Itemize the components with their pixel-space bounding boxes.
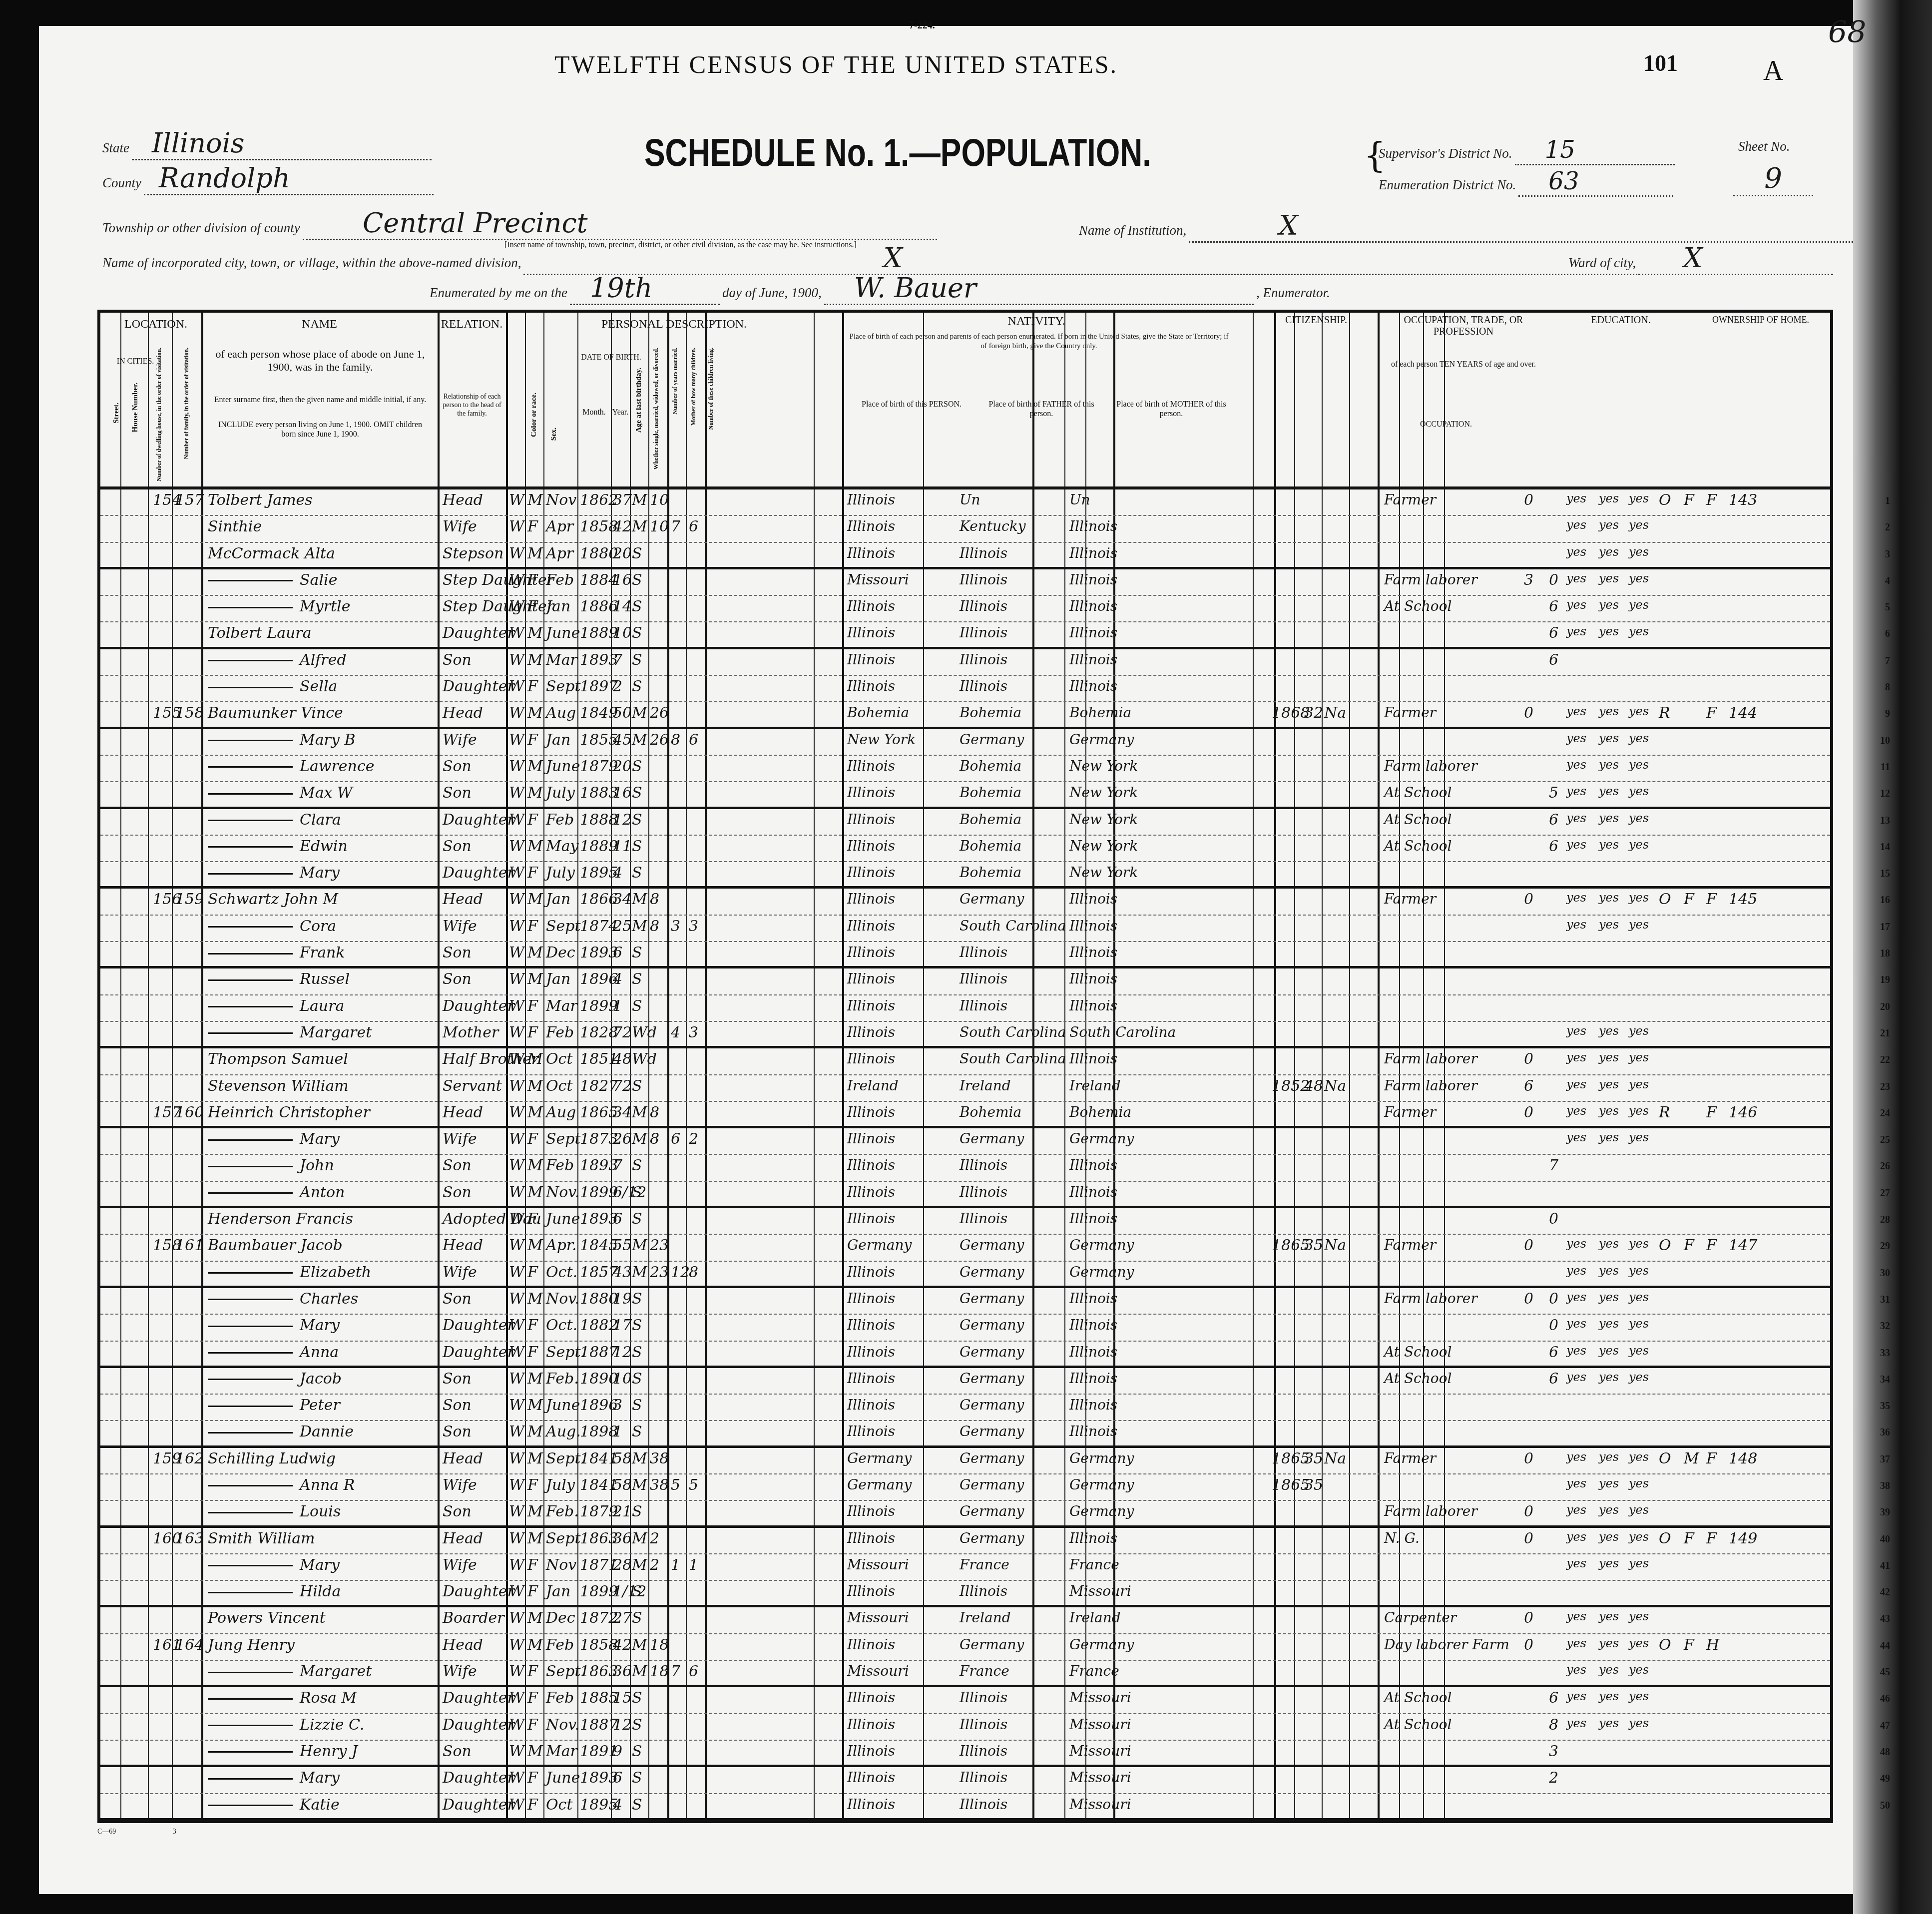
age: 10 — [613, 624, 632, 642]
birthplace-mother: Illinois — [1069, 891, 1117, 907]
age: 48 — [613, 1050, 632, 1068]
years-married: 23 — [650, 1264, 669, 1281]
header-name: NAME — [201, 318, 438, 331]
can-speak-english: yes — [1629, 1344, 1649, 1358]
birthplace-father: Illinois — [960, 598, 1007, 614]
marital-status: S — [632, 1503, 642, 1520]
line-number: 49 — [1880, 1773, 1890, 1785]
census-title: TWELFTH CENSUS OF THE UNITED STATES. — [554, 50, 1118, 79]
birth-month: Sept — [546, 678, 581, 695]
color: W — [509, 1157, 524, 1174]
color: W — [509, 704, 524, 722]
line-number: 45 — [1880, 1667, 1890, 1678]
relation: Head — [443, 891, 483, 908]
mother-of: 4 — [671, 1024, 680, 1041]
birthplace-mother: Illinois — [1069, 1184, 1117, 1200]
table-row: Stevenson WilliamServantWMOct182772SIrel… — [100, 1075, 1830, 1102]
birthplace-father: Germany — [960, 1264, 1024, 1280]
years-married: 8 — [650, 1130, 659, 1148]
table-row: SalieStep DaughterWFFeb188416SMissouriIl… — [100, 569, 1830, 596]
color: W — [509, 1423, 524, 1440]
person-name: Sella — [208, 678, 337, 695]
line-number: 13 — [1880, 815, 1890, 827]
ditto-dash — [208, 1139, 293, 1141]
birth-year: 1882 — [580, 1317, 618, 1334]
age: 11 — [613, 838, 632, 855]
birthplace-father: Bohemia — [960, 784, 1021, 801]
relation: Son — [443, 1503, 472, 1520]
sex: M — [527, 1450, 543, 1467]
can-speak-english: yes — [1629, 1476, 1649, 1490]
birthplace-mother: Germany — [1069, 1503, 1134, 1519]
owned-rented: O — [1659, 891, 1671, 908]
line-number: 41 — [1880, 1560, 1890, 1572]
birthplace-mother: Illinois — [1069, 1157, 1117, 1173]
children-living: 3 — [689, 918, 698, 935]
months-unemployed: 0 — [1524, 1450, 1533, 1467]
birthplace-person: Illinois — [847, 1104, 895, 1120]
can-write: yes — [1599, 1556, 1619, 1570]
can-speak-english: yes — [1629, 1024, 1649, 1038]
birthplace-person: Illinois — [847, 997, 895, 1014]
school-months: 3 — [1549, 1743, 1558, 1760]
birth-month: June — [546, 1397, 580, 1414]
line-number: 28 — [1880, 1214, 1890, 1226]
person-name: Mary — [208, 1130, 340, 1148]
can-read: yes — [1566, 1370, 1586, 1384]
sex: F — [527, 1663, 538, 1680]
birth-month: Feb — [546, 1636, 574, 1654]
years-married: 23 — [650, 1237, 669, 1254]
sex: M — [527, 1237, 543, 1254]
marital-status: S — [632, 1344, 642, 1361]
age: 42 — [613, 1636, 632, 1654]
person-name: Sinthie — [208, 518, 262, 535]
can-write: yes — [1599, 838, 1619, 852]
birthplace-person: Illinois — [847, 1743, 895, 1759]
sex: M — [527, 1636, 543, 1654]
birth-month: Feb — [546, 1689, 574, 1707]
color: W — [509, 518, 524, 535]
months-unemployed: 6 — [1524, 1077, 1533, 1095]
birth-month: Jan — [546, 731, 570, 749]
years-in-us: 32 — [1304, 704, 1323, 722]
farm-schedule-number: 144 — [1729, 704, 1757, 722]
birthplace-person: Illinois — [847, 1130, 895, 1147]
line-number: 38 — [1880, 1480, 1890, 1492]
table-row: ElizabethWifeWFOct.185743M23128IllinoisG… — [100, 1262, 1830, 1288]
birthplace-mother: Illinois — [1069, 571, 1117, 588]
can-speak-english: yes — [1629, 1077, 1649, 1091]
birthplace-person: Illinois — [847, 1583, 895, 1599]
naturalization: Na — [1324, 1077, 1346, 1095]
birthplace-mother: Illinois — [1069, 1290, 1117, 1307]
can-write: yes — [1599, 811, 1619, 825]
birthplace-mother: Illinois — [1069, 678, 1117, 694]
age: 26 — [613, 1130, 632, 1148]
person-name: Mary — [208, 1556, 340, 1574]
birthplace-father: Germany — [960, 1290, 1024, 1307]
can-speak-english: yes — [1629, 758, 1649, 772]
line-number: 39 — [1880, 1507, 1890, 1518]
birthplace-father: Germany — [960, 1423, 1024, 1439]
enumeration-district: 63 — [1518, 167, 1673, 197]
birthplace-person: Illinois — [847, 811, 895, 828]
birth-year: 1862 — [580, 491, 618, 509]
children-living: 6 — [689, 1663, 698, 1680]
birth-month: Jan — [546, 1583, 570, 1600]
birthplace-person: Illinois — [847, 678, 895, 694]
footer-code: C—69 3 — [97, 1828, 176, 1836]
birth-year: 1890 — [580, 1370, 618, 1388]
header-location: LOCATION. — [110, 318, 201, 331]
birthplace-person: Illinois — [847, 518, 895, 534]
table-row: RusselSonWMJan18964SIllinoisIllinoisIlli… — [100, 968, 1830, 995]
owned-rented: O — [1659, 491, 1671, 509]
birthplace-mother: Missouri — [1069, 1796, 1131, 1813]
sex: F — [527, 1317, 538, 1334]
can-read: yes — [1566, 811, 1586, 825]
person-name: Baumbauer Jacob — [208, 1237, 343, 1254]
free-mortgaged: F — [1684, 1237, 1694, 1254]
birth-year: 1893 — [580, 1157, 618, 1174]
table-row: 155158Baumunker VinceHeadWMAug184950M26B… — [100, 702, 1830, 729]
sex: M — [527, 944, 543, 961]
birth-year: 1884 — [580, 571, 618, 589]
township-label: Township or other division of county — [102, 220, 300, 235]
marital-status: S — [632, 1796, 642, 1814]
occupation: Farm laborer — [1384, 1077, 1477, 1094]
marital-status: S — [632, 864, 642, 882]
school-months: 6 — [1549, 598, 1558, 615]
sex: F — [527, 1210, 538, 1228]
ditto-dash — [208, 1006, 293, 1007]
sex: F — [527, 518, 538, 535]
can-write: yes — [1599, 1503, 1619, 1517]
person-name: Charles — [208, 1290, 358, 1308]
line-number: 24 — [1880, 1108, 1890, 1119]
sex: F — [527, 1556, 538, 1574]
can-speak-english: yes — [1629, 1317, 1649, 1331]
age: 58 — [613, 1476, 632, 1494]
occupation: Farmer — [1384, 1237, 1436, 1253]
occupation: At School — [1384, 1344, 1451, 1360]
birth-year: 1851 — [580, 1050, 618, 1068]
farm-house: F — [1706, 891, 1717, 908]
birth-month: June — [546, 1769, 580, 1787]
occupation: Farm laborer — [1384, 758, 1477, 774]
birth-month: Apr — [546, 545, 573, 562]
sex: M — [527, 970, 543, 988]
sex: M — [527, 1423, 543, 1440]
can-write: yes — [1599, 1077, 1619, 1091]
birth-month: Feb — [546, 811, 574, 829]
color: W — [509, 1050, 524, 1068]
birthplace-father: Un — [960, 491, 980, 508]
marital-status: M — [632, 1264, 647, 1281]
can-speak-english: yes — [1629, 1104, 1649, 1118]
line-number: 21 — [1880, 1028, 1890, 1039]
months-unemployed: 0 — [1524, 1609, 1533, 1627]
marital-status: S — [632, 1077, 642, 1095]
naturalization: Na — [1324, 1450, 1346, 1467]
birthplace-mother: Bohemia — [1069, 704, 1131, 721]
marital-status: Wd — [632, 1024, 657, 1041]
color: W — [509, 491, 524, 509]
birthplace-person: Illinois — [847, 1157, 895, 1173]
ward-label: Ward of city, — [1568, 255, 1636, 270]
ditto-dash — [208, 1032, 293, 1034]
can-write: yes — [1599, 1370, 1619, 1384]
enumerated-line: Enumerated by me on the 19th day of June… — [430, 272, 1330, 305]
marital-status: S — [632, 1716, 642, 1734]
occupation: Carpenter — [1384, 1609, 1456, 1626]
birthplace-person: Illinois — [847, 1184, 895, 1200]
table-row: DannieSonWMAug.18981SIllinoisGermanyIlli… — [100, 1421, 1830, 1447]
line-number: 17 — [1880, 922, 1890, 933]
school-months: 8 — [1549, 1716, 1558, 1734]
marital-status: M — [632, 1530, 647, 1547]
can-speak-english: yes — [1629, 1130, 1649, 1144]
table-row: Rosa MDaughterWFFeb188515SIllinoisIllino… — [100, 1687, 1830, 1714]
can-read: yes — [1566, 1344, 1586, 1358]
years-married: 2 — [650, 1556, 659, 1574]
birthplace-mother: Illinois — [1069, 598, 1117, 614]
name-description: of each person whose place of abode on J… — [210, 348, 430, 374]
birthplace-father: Illinois — [960, 571, 1007, 588]
birth-year: 1873 — [580, 1130, 618, 1148]
birth-month: Nov. — [546, 1290, 579, 1308]
person-name: Powers Vincent — [208, 1609, 326, 1627]
birth-month: Feb — [546, 1157, 574, 1174]
supervisor-label: Supervisor's District No. — [1379, 146, 1512, 161]
age: 34 — [613, 891, 632, 908]
age: 2 — [613, 678, 622, 695]
birthplace-father: Germany — [960, 1237, 1024, 1253]
marital-status: M — [632, 491, 647, 509]
months-unemployed: 0 — [1524, 1050, 1533, 1068]
birthplace-person: Germany — [847, 1450, 912, 1466]
color: W — [509, 864, 524, 882]
birthplace-mother: Germany — [1069, 1450, 1134, 1466]
color: W — [509, 997, 524, 1015]
relation-description: Relationship of each person to the head … — [440, 393, 504, 418]
birth-month: Sept — [546, 1530, 581, 1547]
can-write: yes — [1599, 1530, 1619, 1544]
color: W — [509, 1609, 524, 1627]
can-speak-english: yes — [1629, 1290, 1649, 1304]
children-living: 1 — [689, 1556, 698, 1574]
table-row: AnnaDaughterWFSept.188712SIllinoisGerman… — [100, 1342, 1830, 1368]
marital-status: M — [632, 1476, 647, 1494]
birthplace-father: South Carolina — [960, 1024, 1066, 1040]
person-name: Edwin — [208, 838, 348, 855]
col-children-living: Number of these children living. — [707, 348, 715, 430]
birthplace-mother: Illinois — [1069, 1050, 1117, 1067]
birthplace-person: Illinois — [847, 838, 895, 854]
age: 72 — [613, 1024, 632, 1041]
relation: Head — [443, 1450, 483, 1467]
table-row: 158161Baumbauer JacobHeadWMApr.184555M23… — [100, 1235, 1830, 1261]
sex: F — [527, 1476, 538, 1494]
age: 7 — [613, 1157, 622, 1174]
can-write: yes — [1599, 918, 1619, 932]
mother-of: 1 — [671, 1556, 680, 1574]
table-row: SinthieWifeWFApr185842M1076IllinoisKentu… — [100, 516, 1830, 542]
relation: Head — [443, 704, 483, 722]
birth-year: 1858 — [580, 1636, 618, 1654]
line-number: 43 — [1880, 1613, 1890, 1625]
person-name: Max W — [208, 784, 353, 802]
header-in-cities: IN CITIES. — [115, 357, 155, 366]
can-read: yes — [1566, 1050, 1586, 1064]
person-name: Katie — [208, 1796, 340, 1814]
relation: Daughter — [443, 997, 514, 1015]
can-speak-english: yes — [1629, 1530, 1649, 1544]
sex: M — [527, 704, 543, 722]
birth-year: 1879 — [580, 758, 618, 775]
can-read: yes — [1566, 518, 1586, 532]
birth-month: Aug — [546, 704, 576, 722]
years-in-us: 48 — [1304, 1077, 1323, 1095]
occupation: Farm laborer — [1384, 1503, 1477, 1519]
table-row: LawrenceSonWMJune187920SIllinoisBohemiaN… — [100, 756, 1830, 782]
owned-rented: O — [1659, 1450, 1671, 1467]
table-row: MaryDaughterWFJuly18954SIllinoisBohemiaN… — [100, 862, 1830, 889]
relation: Wife — [443, 1476, 477, 1494]
age: 36 — [613, 1530, 632, 1547]
occupation: At School — [1384, 784, 1451, 801]
can-read: yes — [1566, 1556, 1586, 1570]
marital-status: S — [632, 784, 642, 802]
col-mother-of: Mother of how many children. — [690, 348, 697, 426]
person-name: Heinrich Christopher — [208, 1104, 370, 1121]
color: W — [509, 1184, 524, 1201]
relation: Wife — [443, 1264, 477, 1281]
person-name: Dannie — [208, 1423, 354, 1440]
sex: F — [527, 1689, 538, 1707]
sex: M — [527, 1503, 543, 1520]
can-write: yes — [1599, 1636, 1619, 1650]
county-field: County Randolph — [102, 162, 434, 195]
school-months: 6 — [1549, 624, 1558, 642]
color: W — [509, 1264, 524, 1281]
line-number: 4 — [1885, 575, 1890, 587]
occupation: N. G. — [1384, 1530, 1420, 1546]
age: 16 — [613, 571, 632, 589]
birthplace-mother: Illinois — [1069, 624, 1117, 641]
naturalization: Na — [1324, 704, 1346, 722]
birth-year: 1880 — [580, 1290, 618, 1308]
birthplace-person: Missouri — [847, 571, 909, 588]
birth-month: Feb — [546, 571, 574, 589]
months-unemployed: 0 — [1524, 1290, 1533, 1308]
color: W — [509, 1583, 524, 1600]
years-in-us: 35 — [1304, 1476, 1323, 1494]
birth-month: Nov. — [546, 1184, 579, 1201]
occupation: At School — [1384, 811, 1451, 828]
years-married: 38 — [650, 1450, 669, 1467]
table-row: CharlesSonWMNov.188019SIllinoisGermanyIl… — [100, 1288, 1830, 1315]
supervisor-district: 15 — [1515, 136, 1675, 165]
person-name: Schwartz John M — [208, 891, 338, 908]
birthplace-father: Bohemia — [960, 811, 1021, 828]
years-married: 18 — [650, 1636, 669, 1654]
can-read: yes — [1566, 624, 1586, 638]
line-number: 3 — [1885, 549, 1890, 560]
person-name: Mary — [208, 1317, 340, 1334]
free-mortgaged: F — [1684, 1530, 1694, 1547]
sex: M — [527, 624, 543, 642]
birthplace-mother: Illinois — [1069, 1317, 1117, 1333]
children-living: 6 — [689, 731, 698, 749]
birthplace-person: Illinois — [847, 784, 895, 801]
marital-status: S — [632, 1423, 642, 1440]
months-unemployed: 3 — [1524, 571, 1533, 589]
school-months: 5 — [1549, 784, 1558, 802]
birth-year: 1899 — [580, 1583, 618, 1600]
color: W — [509, 1769, 524, 1787]
ditto-dash — [208, 687, 293, 688]
birthplace-mother: Germany — [1069, 731, 1134, 748]
birth-month: Oct — [546, 1077, 572, 1095]
birthplace-father: Kentucky — [960, 518, 1026, 534]
table-row: MaryWifeWFNov187128M211MissouriFranceFra… — [100, 1554, 1830, 1581]
farm-schedule-number: 149 — [1729, 1530, 1757, 1547]
birthplace-father: France — [960, 1663, 1009, 1679]
birthplace-person: Illinois — [847, 864, 895, 881]
sex: M — [527, 1370, 543, 1388]
relation: Servant — [443, 1077, 502, 1095]
birthplace-mother: Germany — [1069, 1636, 1134, 1653]
relation: Son — [443, 970, 472, 988]
table-row: CoraWifeWFSept187425M833IllinoisSouth Ca… — [100, 916, 1830, 942]
marital-status: M — [632, 731, 647, 749]
relation: Son — [443, 1743, 472, 1760]
birth-month: Jan — [546, 891, 570, 908]
can-read: yes — [1566, 545, 1586, 559]
birth-month: Dec — [546, 944, 575, 961]
school-months: 7 — [1549, 1157, 1558, 1174]
years-married: 26 — [650, 704, 669, 722]
person-name: McCormack Alta — [208, 545, 335, 562]
birth-year: 1841 — [580, 1450, 618, 1467]
table-row: EdwinSonWMMay188911SIllinoisBohemiaNew Y… — [100, 836, 1830, 862]
birthplace-person: Illinois — [847, 1264, 895, 1280]
family-number: 158 — [175, 704, 204, 722]
birth-year: 1857 — [580, 1264, 618, 1281]
birthplace-father: Germany — [960, 1450, 1024, 1466]
sex: F — [527, 1583, 538, 1600]
color: W — [509, 1290, 524, 1308]
farm-house: F — [1706, 1237, 1717, 1254]
table-row: AlfredSonWMMar18937SIllinoisIllinoisIlli… — [100, 649, 1830, 676]
ditto-dash — [208, 1592, 293, 1593]
color: W — [509, 944, 524, 961]
color: W — [509, 891, 524, 908]
person-name: Cora — [208, 918, 336, 935]
birthplace-mother: Illinois — [1069, 1397, 1117, 1413]
person-name: Salie — [208, 571, 337, 589]
person-name: Anna R — [208, 1476, 355, 1494]
nativity-description: Place of birth of each person and parent… — [849, 332, 1229, 351]
line-number: 18 — [1880, 948, 1890, 959]
birthplace-mother: New York — [1069, 838, 1138, 854]
marital-status: S — [632, 1370, 642, 1388]
line-number: 25 — [1880, 1134, 1890, 1146]
birthplace-person: Illinois — [847, 1796, 895, 1813]
marital-status: M — [632, 1556, 647, 1574]
